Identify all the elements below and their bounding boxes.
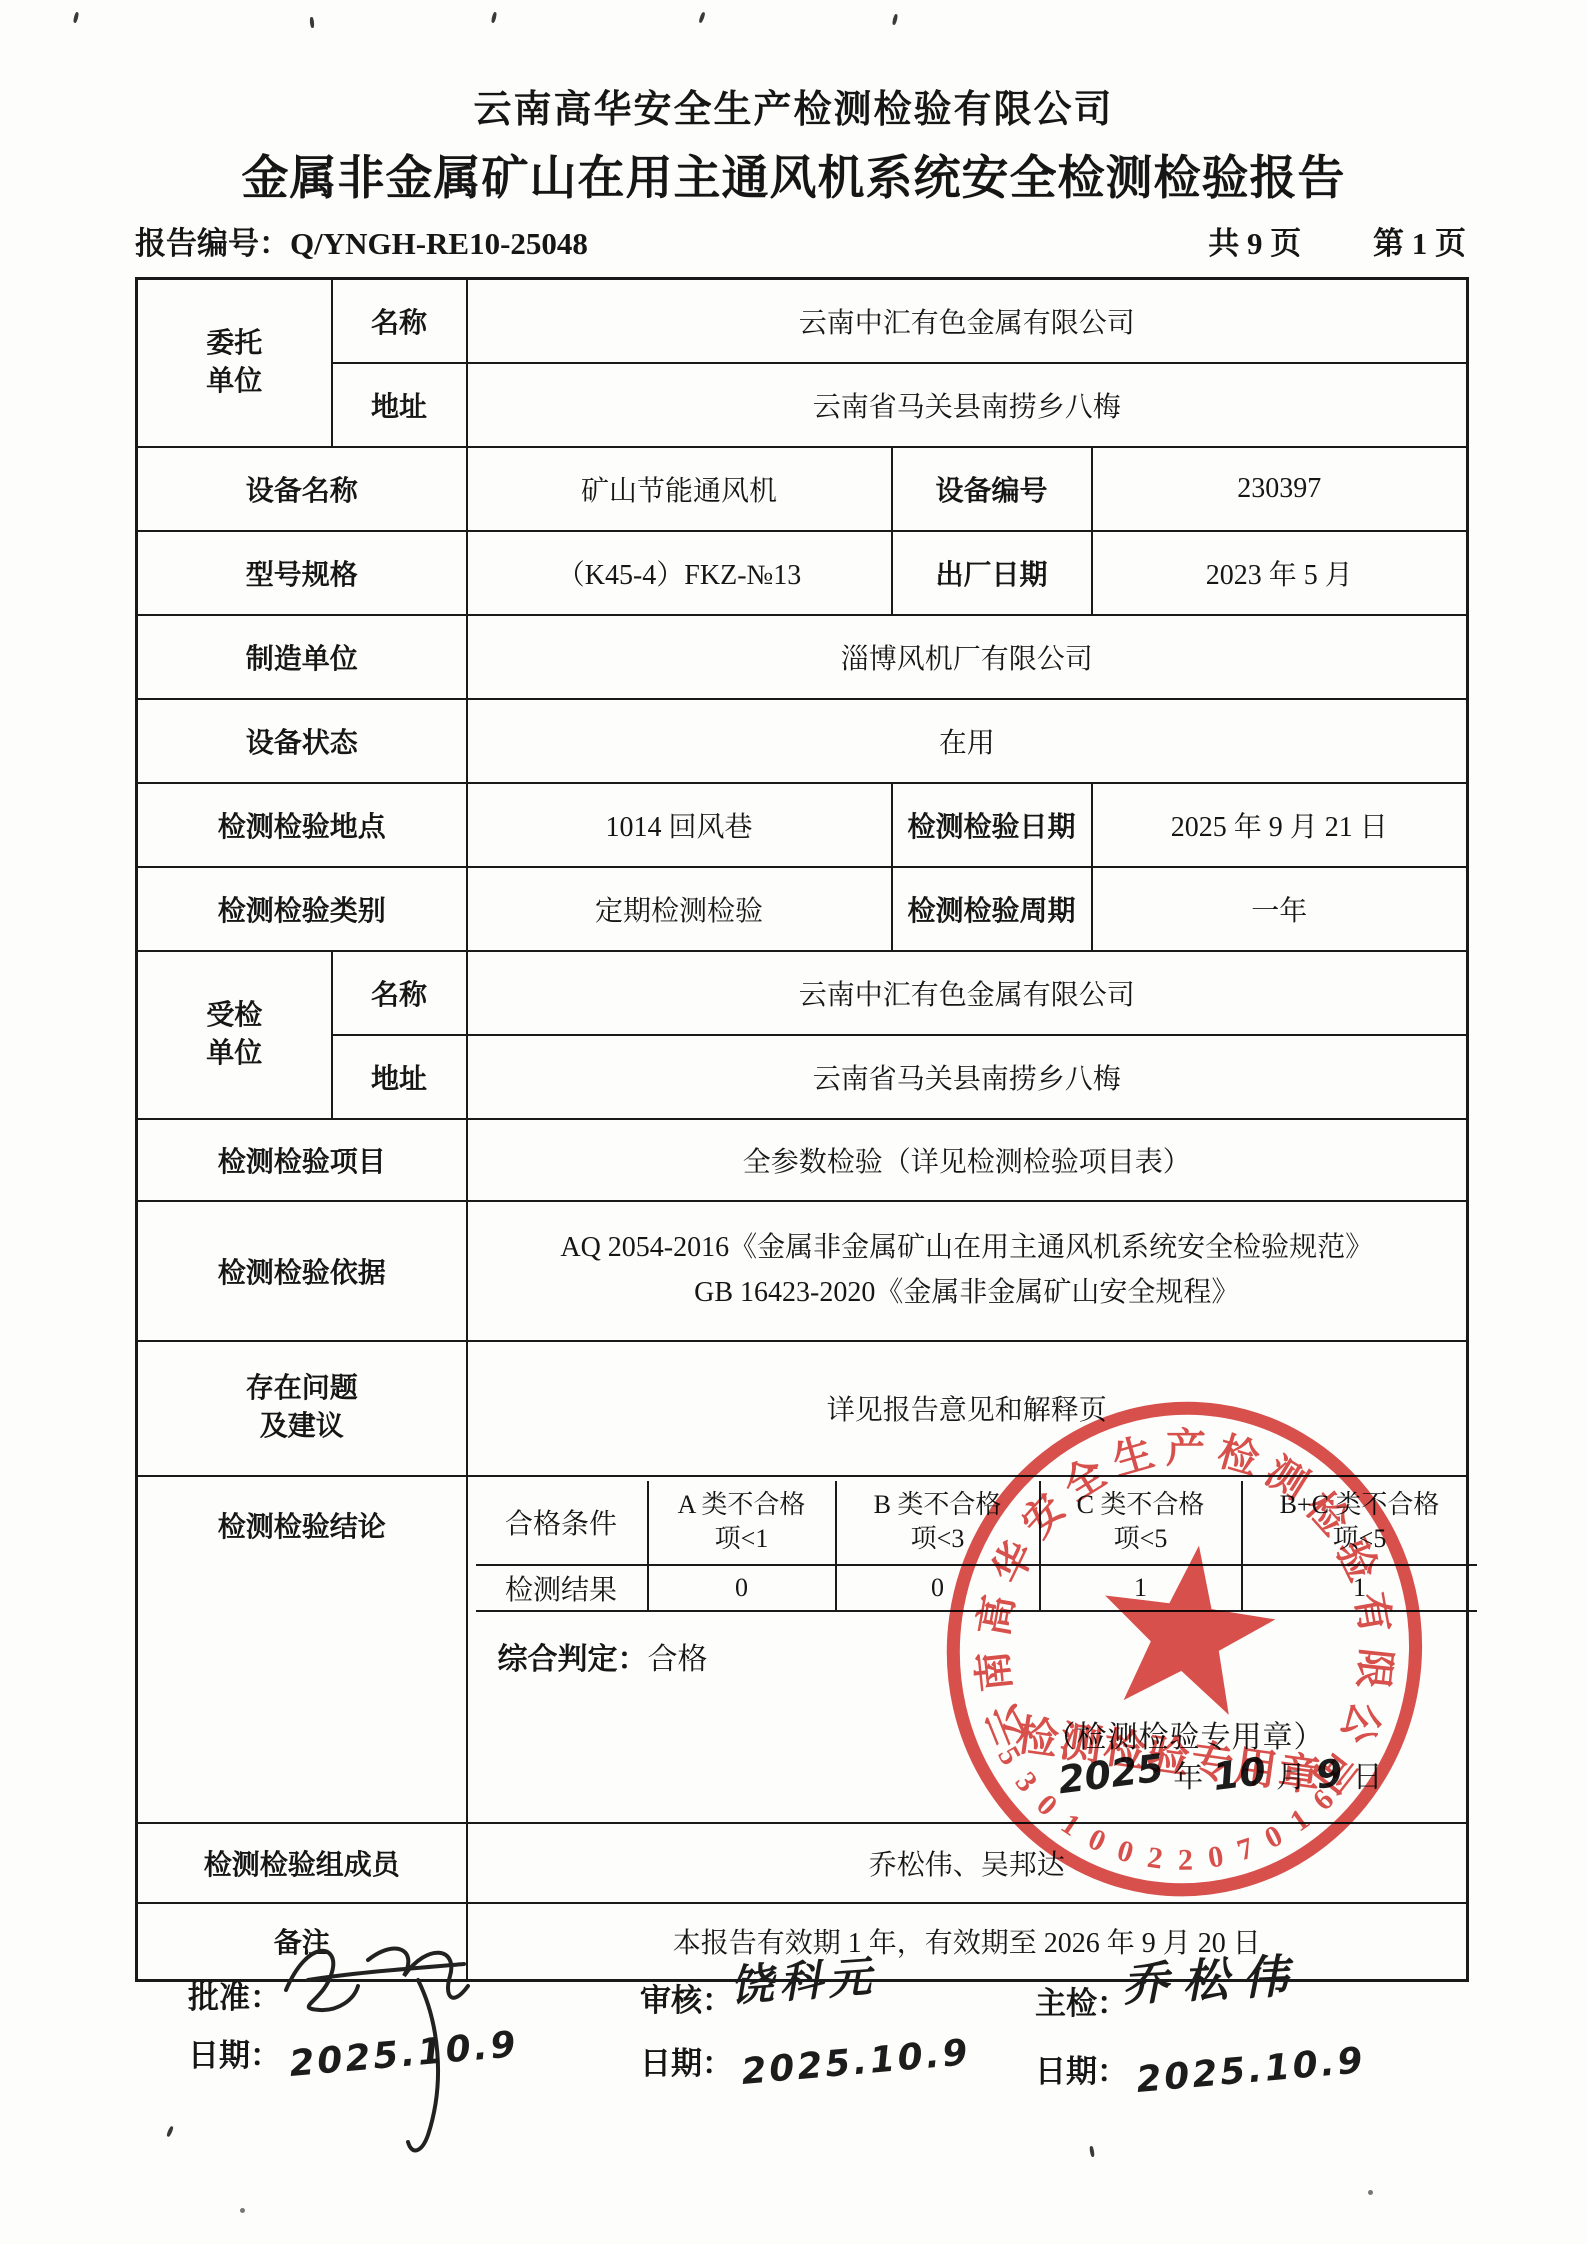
stamp-date-line: 2025年10月9日 xyxy=(1054,1752,1389,1796)
scan-mark xyxy=(698,12,706,24)
device-name-value: 矿山节能通风机 xyxy=(467,447,892,531)
problems-label: 存在问题 及建议 xyxy=(137,1341,467,1476)
items-value: 全参数检验（详见检测检验项目表） xyxy=(467,1119,1468,1201)
result-b: 0 xyxy=(836,1565,1040,1611)
inspected-group-label: 受检 单位 xyxy=(137,951,332,1119)
stamp-date-month-label: 月 xyxy=(1276,1761,1306,1794)
criteria-label: 合格条件 xyxy=(476,1481,648,1565)
table-row: 检测检验类别 定期检测检验 检测检验周期 一年 xyxy=(137,867,1468,951)
review-date-label: 日期： xyxy=(640,2046,733,2081)
basis-line-1: AQ 2054-2016《金属非金属矿山在用主通风机系统安全检验规范》 xyxy=(476,1226,1459,1271)
judgement-label: 综合判定： xyxy=(498,1643,648,1676)
report-table: 委托 单位 名称 云南中汇有色金属有限公司 地址 云南省马关县南捞乡八梅 设备名… xyxy=(135,277,1469,1982)
scan-mark xyxy=(73,12,80,24)
inspection-cycle-value: 一年 xyxy=(1092,867,1468,951)
basis-label: 检测检验依据 xyxy=(137,1201,467,1341)
conclusion-label: 检测检验结论 xyxy=(137,1476,467,1823)
criteria-c: C 类不合格 项<5 xyxy=(1040,1481,1242,1565)
criteria-bc: B+C 类不合格 项<5 xyxy=(1242,1481,1477,1565)
inspection-place-label: 检测检验地点 xyxy=(137,783,467,867)
result-bc: 1 xyxy=(1242,1565,1477,1611)
device-mfgdate-label: 出厂日期 xyxy=(892,531,1092,615)
client-group-label: 委托 单位 xyxy=(137,279,332,447)
device-model-value: （K45-4）FKZ-№13 xyxy=(467,531,892,615)
review-label: 审核： xyxy=(640,1975,733,2020)
result-c: 1 xyxy=(1040,1565,1242,1611)
scan-mark xyxy=(892,14,899,26)
client-name-value: 云南中汇有色金属有限公司 xyxy=(467,279,1468,363)
stamp-date-year: 2025 xyxy=(1055,1745,1165,1802)
table-row: 检测检验地点 1014 回风巷 检测检验日期 2025 年 9 月 21 日 xyxy=(137,783,1468,867)
table-row: 制造单位 淄博风机厂有限公司 xyxy=(137,615,1468,699)
chief-date-row: 日期：2025.10.9 xyxy=(1035,2046,1366,2091)
device-maker-value: 淄博风机厂有限公司 xyxy=(467,615,1468,699)
device-model-label: 型号规格 xyxy=(137,531,467,615)
stamp-note: （检测检验专用章） xyxy=(1046,1712,1325,1756)
approve-date-label: 日期： xyxy=(188,2038,281,2073)
table-row: 检测检验结论 合格条件 A 类不合格 项<1 B 类不合格 项 xyxy=(137,1476,1468,1823)
stamp-date-year-label: 年 xyxy=(1173,1761,1203,1794)
device-status-value: 在用 xyxy=(467,699,1468,783)
table-row: 检测检验依据 AQ 2054-2016《金属非金属矿山在用主通风机系统安全检验规… xyxy=(137,1201,1468,1341)
criteria-b: B 类不合格 项<3 xyxy=(836,1481,1040,1565)
report-number-label: 报告编号： xyxy=(135,226,290,261)
items-label: 检测检验项目 xyxy=(137,1119,467,1201)
result-a: 0 xyxy=(648,1565,836,1611)
team-label: 检测检验组成员 xyxy=(137,1823,467,1903)
company-name: 云南高华安全生产检测检验有限公司 xyxy=(0,78,1587,133)
scan-mark xyxy=(309,17,314,28)
table-row: 设备状态 在用 xyxy=(137,699,1468,783)
conclusion-criteria-table: 合格条件 A 类不合格 项<1 B 类不合格 项<3 C 类不合格 项<5 xyxy=(476,1481,1477,1612)
inspected-name-value: 云南中汇有色金属有限公司 xyxy=(467,951,1468,1035)
chief-label: 主检： xyxy=(1035,1978,1128,2023)
table-row: 受检 单位 名称 云南中汇有色金属有限公司 xyxy=(137,951,1468,1035)
table-row: 地址 云南省马关县南捞乡八梅 xyxy=(137,1035,1468,1119)
device-maker-label: 制造单位 xyxy=(137,615,467,699)
device-no-label: 设备编号 xyxy=(892,447,1092,531)
chief-date-value: 2025.10.9 xyxy=(1135,2040,1367,2101)
table-row: 地址 云南省马关县南捞乡八梅 xyxy=(137,363,1468,447)
scan-mark xyxy=(1089,2146,1095,2158)
chief-signature: 乔松伟 xyxy=(1120,1939,1303,2014)
report-title: 金属非金属矿山在用主通风机系统安全检测检验报告 xyxy=(0,141,1587,208)
report-number-value: Q/YNGH-RE10-25048 xyxy=(290,226,588,261)
report-number: 报告编号：Q/YNGH-RE10-25048 xyxy=(135,218,588,263)
judgement-area: 综合判定：合格 （检测检验专用章） 2025年10月9日 xyxy=(476,1612,1459,1818)
red-ink-artifact xyxy=(1542,1287,1565,1329)
scan-mark xyxy=(240,2208,245,2213)
inspection-date-label: 检测检验日期 xyxy=(892,783,1092,867)
remark-value: 本报告有效期 1 年，有效期至 2026 年 9 月 20 日 xyxy=(467,1903,1468,1981)
stamp-date-month: 10 xyxy=(1211,1748,1269,1798)
device-no-value: 230397 xyxy=(1092,447,1468,531)
scan-mark xyxy=(166,2126,174,2138)
review-signature: 饶科元 xyxy=(728,1943,879,2014)
table-row: 型号规格 （K45-4）FKZ-№13 出厂日期 2023 年 5 月 xyxy=(137,531,1468,615)
basis-line-2: GB 16423-2020《金属非金属矿山安全规程》 xyxy=(476,1271,1459,1316)
report-page: 云南高华安全生产检测检验有限公司 金属非金属矿山在用主通风机系统安全检测检验报告… xyxy=(0,0,1587,2244)
scan-mark xyxy=(491,12,498,24)
inspection-type-label: 检测检验类别 xyxy=(137,867,467,951)
judgement-value: 合格 xyxy=(648,1643,708,1676)
criteria-header-row: 合格条件 A 类不合格 项<1 B 类不合格 项<3 C 类不合格 项<5 xyxy=(476,1481,1477,1565)
inspection-date-value: 2025 年 9 月 21 日 xyxy=(1092,783,1468,867)
device-name-label: 设备名称 xyxy=(137,447,467,531)
stamp-date-day-label: 日 xyxy=(1353,1761,1383,1794)
basis-value: AQ 2054-2016《金属非金属矿山在用主通风机系统安全检验规范》 GB 1… xyxy=(467,1201,1468,1341)
inspection-place-value: 1014 回风巷 xyxy=(467,783,892,867)
device-status-label: 设备状态 xyxy=(137,699,467,783)
pages-total: 共 9 页 xyxy=(1208,218,1301,263)
inspected-address-label: 地址 xyxy=(332,1035,467,1119)
inspection-type-value: 定期检测检验 xyxy=(467,867,892,951)
report-meta-row: 报告编号：Q/YNGH-RE10-25048 共 9 页 第 1 页 xyxy=(135,218,1466,263)
inspection-cycle-label: 检测检验周期 xyxy=(892,867,1092,951)
client-name-label: 名称 xyxy=(332,279,467,363)
review-date-value: 2025.10.9 xyxy=(740,2032,972,2093)
result-label: 检测结果 xyxy=(476,1565,648,1611)
page-info: 共 9 页 第 1 页 xyxy=(1208,218,1466,263)
approve-date-row: 日期：2025.10.9 xyxy=(188,2030,519,2075)
table-row: 存在问题 及建议 详见报告意见和解释页 xyxy=(137,1341,1468,1476)
team-value: 乔松伟、吴邦达 xyxy=(467,1823,1468,1903)
client-address-value: 云南省马关县南捞乡八梅 xyxy=(467,363,1468,447)
table-row: 检测检验项目 全参数检验（详见检测检验项目表） xyxy=(137,1119,1468,1201)
device-mfgdate-value: 2023 年 5 月 xyxy=(1092,531,1468,615)
page-current: 第 1 页 xyxy=(1373,218,1466,263)
chief-date-label: 日期： xyxy=(1035,2054,1128,2089)
judgement-line: 综合判定：合格 xyxy=(498,1634,708,1678)
conclusion-cell: 合格条件 A 类不合格 项<1 B 类不合格 项<3 C 类不合格 项<5 xyxy=(467,1476,1468,1823)
stamp-date-day: 9 xyxy=(1314,1750,1346,1797)
scan-mark xyxy=(1368,2190,1373,2195)
inspected-name-label: 名称 xyxy=(332,951,467,1035)
criteria-a: A 类不合格 项<1 xyxy=(648,1481,836,1565)
table-row: 委托 单位 名称 云南中汇有色金属有限公司 xyxy=(137,279,1468,363)
client-address-label: 地址 xyxy=(332,363,467,447)
table-row: 设备名称 矿山节能通风机 设备编号 230397 xyxy=(137,447,1468,531)
problems-value: 详见报告意见和解释页 xyxy=(467,1341,1468,1476)
table-row: 检测检验组成员 乔松伟、吴邦达 xyxy=(137,1823,1468,1903)
result-row: 检测结果 0 0 1 1 xyxy=(476,1565,1477,1611)
review-date-row: 日期：2025.10.9 xyxy=(640,2038,971,2083)
inspected-address-value: 云南省马关县南捞乡八梅 xyxy=(467,1035,1468,1119)
